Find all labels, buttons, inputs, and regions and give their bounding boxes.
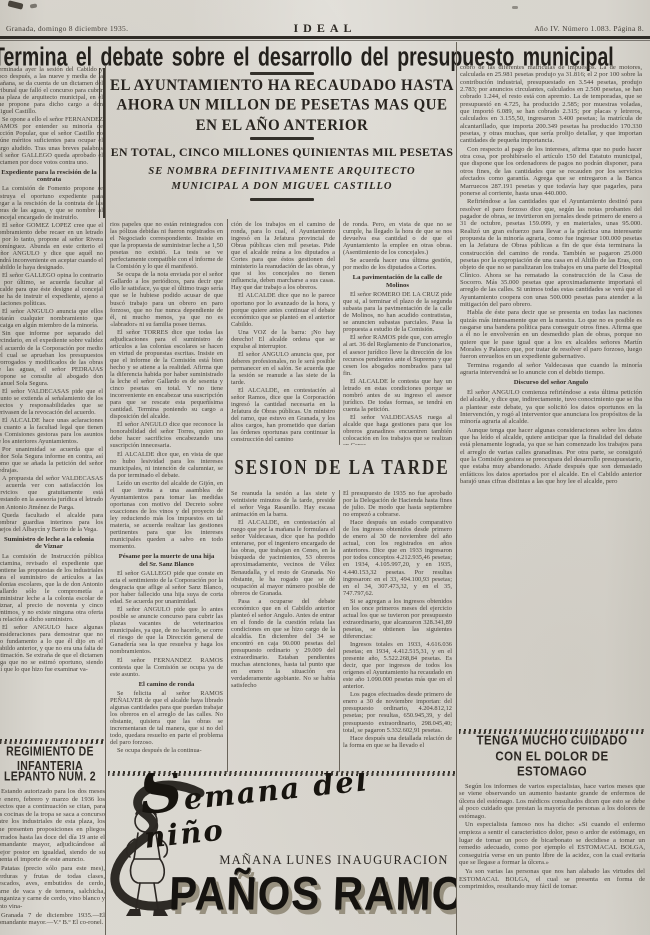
news-paragraph: Una VOZ de la barra: ¡No hay derecho! El… <box>231 329 335 350</box>
news-paragraph: El señor ANGULO hace algunas consideraci… <box>0 624 103 673</box>
column-3-upper-text: ción de los trabajos en el camino de ron… <box>231 221 335 447</box>
news-paragraph: Hace después una detallada relación de l… <box>343 735 452 749</box>
news-paragraph: cobro de las diferentes matrículas de im… <box>460 64 642 145</box>
session-heading: SESION DE LA TARDE <box>228 445 456 490</box>
column-5-text: cobro de las diferentes matrículas de im… <box>460 64 642 726</box>
news-paragraph: Se opone a ello el señor FERNANDEZ RAMOS… <box>0 116 103 165</box>
news-paragraph: El señor TORRES dice que todas las adjud… <box>110 329 223 421</box>
paper-speck <box>30 4 37 9</box>
news-paragraph: El presupuesto de 1935 no fue aprobado p… <box>343 490 452 518</box>
ad-estomacal-body: Según los informes de varios especialist… <box>459 783 645 891</box>
ad-estomacal: TENGA MUCHO CUIDADO CON EL DOLOR DE ESTO… <box>459 737 645 892</box>
column-rule <box>456 42 457 935</box>
news-paragraph: Hace después un estado comparativo de lo… <box>343 519 452 597</box>
news-paragraph: Queda facultado el alcalde para nombrar … <box>0 512 103 533</box>
news-paragraph: El señor GALLEGO opina lo contrario y, p… <box>0 272 103 307</box>
newspaper-page: Granada, domingo 8 diciembre 1935. IDEAL… <box>0 0 650 935</box>
news-paragraph: Refiriéndose a las cantidades que el Ayu… <box>460 198 642 308</box>
news-paragraph: La comisión de Instrucción pública dicta… <box>0 553 103 623</box>
ad-panos-ramos: Semana del niño MAÑANA LUNES INAUGURACIO… <box>108 773 456 935</box>
news-paragraph: El señor ANGULO pide que lo antes posibl… <box>110 606 223 655</box>
ad-paragraph: Según los informes de varios especialist… <box>459 783 645 821</box>
news-paragraph: Pasa a ocuparse del debate económico que… <box>231 598 335 690</box>
headline-box: EL AYUNTAMIENTO HA RECAUDADO HASTA AHORA… <box>103 68 458 218</box>
news-paragraph: Suministro de leche a la colonia de Vizn… <box>1 536 97 551</box>
news-paragraph: El ALCALDE, en contestación al señor Ram… <box>231 387 335 443</box>
news-paragraph: rios papeles que no están reintegrados c… <box>110 221 223 270</box>
news-paragraph: Se ocupa después de la continua- <box>110 747 223 754</box>
news-paragraph: de ronda. Pero, en vista de que no se cu… <box>343 221 452 256</box>
news-paragraph: Discurso del señor Angulo <box>466 379 636 386</box>
column-4-upper-text: de ronda. Pero, en vista de que no se cu… <box>343 221 452 447</box>
news-paragraph: Se ocupa de la nota enviada por el señor… <box>110 271 223 327</box>
news-paragraph: El señor RAMOS pide que, con arreglo al … <box>343 334 452 376</box>
headline-divider <box>250 72 314 75</box>
subheadline-3: SE NOMBRA DEFINITIVAMENTE ARQUITECTO MUN… <box>113 164 451 194</box>
wavy-rule <box>0 739 104 744</box>
column-3-lower-text: Se reanuda la sesión a las siete y veint… <box>231 490 335 770</box>
news-paragraph: Por unanimidad se acuerda que el señor S… <box>0 446 103 474</box>
ad-panos-subtitle: MAÑANA LUNES INAUGURACION <box>212 853 456 868</box>
headline-divider <box>250 198 314 201</box>
paper-speck <box>7 0 23 9</box>
subheadline-2: EN TOTAL, CINCO MILLONES QUINIENTAS MIL … <box>108 145 456 160</box>
news-paragraph: El ALCALDE hace unas aclaraciones en cua… <box>0 417 103 445</box>
ad-regimiento-title-line2: LEPANTO NUM. 2 <box>0 770 105 785</box>
news-paragraph: El camino de ronda <box>116 681 217 688</box>
news-paragraph: El ALCALDE le contesta que hay un letrad… <box>343 378 452 413</box>
news-paragraph: El ALCALDE, en contestación al ruego que… <box>231 519 335 597</box>
ad-panos-script-title: Semana del niño <box>138 773 456 855</box>
news-paragraph: Habla de éste para decir que se presenta… <box>460 309 642 360</box>
masthead-rule-thin <box>0 40 650 41</box>
news-paragraph: Ingresos totales en 1933, 4.616.036 pese… <box>343 641 452 690</box>
news-paragraph: El ALCALDE dice que, en vista de que no … <box>110 451 223 479</box>
news-paragraph: El señor ANGULO anuncia que ellos votará… <box>0 308 103 329</box>
ad-paragraph: Patatas (precio sólo para este mes), ver… <box>0 865 105 911</box>
column-2-text: rios papeles que no están reintegrados c… <box>110 221 223 769</box>
news-paragraph: El señor GALLEGO pide que conste en acta… <box>110 570 223 605</box>
column-rule <box>227 219 228 772</box>
news-paragraph: Expediente para la rescisión de la contr… <box>1 169 97 184</box>
news-paragraph: ción de los trabajos en el camino de ron… <box>231 221 335 291</box>
news-paragraph: Termina rogando al señor Valdecasas que … <box>460 362 642 377</box>
news-paragraph: El señor ANGULO comienza refiriéndose a … <box>460 389 642 426</box>
news-paragraph: Se felicita al señor RAMOS PEÑALVER de q… <box>110 690 223 746</box>
ad-paragraph: Estando autorizado para los dos meses de… <box>0 788 105 864</box>
paper-speck <box>512 6 518 9</box>
news-paragraph: El señor VALDECASAS pide que el asunto s… <box>0 388 103 416</box>
column-4-lower-text: El presupuesto de 1935 no fue aprobado p… <box>343 490 452 770</box>
news-paragraph: Los pagos efectuados desde primero de en… <box>343 691 452 733</box>
news-paragraph: El ALCALDE dice que no le parece oportun… <box>231 292 335 327</box>
masthead-bar: Granada, domingo 8 diciembre 1935. IDEAL… <box>6 21 644 35</box>
column-rule <box>105 66 106 935</box>
news-paragraph: El señor GOMEZ LOPEZ cree que el nombram… <box>0 222 103 271</box>
news-paragraph: El señor ANGULO anuncia que, por deberes… <box>231 351 335 386</box>
news-paragraph: Terminada ayer la sesión del Cabildo y p… <box>0 66 103 115</box>
ad-paragraph: Ya son varias las personas que nos han a… <box>459 868 645 891</box>
news-paragraph: El señor ROMERO DE LA CRUZ pide que si, … <box>343 291 452 333</box>
news-paragraph: La pavimentación de la calle de Molinos <box>349 274 446 289</box>
news-paragraph: Sin que informe por separado del vecinda… <box>0 330 103 386</box>
news-paragraph: El señor FERNANDEZ RAMOS contesta que la… <box>110 657 223 678</box>
news-paragraph: Se acuerda hacer una última gestión, por… <box>343 257 452 271</box>
ad-paragraph: Granada 7 de diciembre 1935.—El comandan… <box>0 912 105 927</box>
news-paragraph: Aunque tenga que hacer algunas considera… <box>460 427 642 486</box>
ad-paragraph: Un especialista famoso nos ha dicho: «Si… <box>459 821 645 867</box>
news-paragraph: Pésame por la muerte de una hija del Sr.… <box>116 553 217 568</box>
news-paragraph: Con respecto al pago de los intereses, a… <box>460 146 642 197</box>
news-paragraph: El señor VALDECASAS ruega al alcalde que… <box>343 414 452 447</box>
news-paragraph: Si se agregan a los ingresos obtenidos e… <box>343 598 452 640</box>
subheadline-1: EL AYUNTAMIENTO HA RECAUDADO HASTA AHORA… <box>110 76 454 135</box>
news-paragraph: Se reanuda la sesión a las siete y veint… <box>231 490 335 518</box>
ad-regimiento-body: Estando autorizado para los dos meses de… <box>0 788 105 927</box>
headline-divider <box>250 137 314 140</box>
column-1-text: Terminada ayer la sesión del Cabildo y p… <box>0 66 103 734</box>
news-paragraph: Leído un escrito del alcalde de Gijón, e… <box>110 480 223 550</box>
column-rule <box>339 219 340 772</box>
masthead-rule <box>0 36 650 39</box>
news-paragraph: A propuesta del señor VALDECASAS se acue… <box>0 475 103 510</box>
issue-info: Año IV. Número 1.083. Página 8. <box>534 24 644 33</box>
ad-panos-brand: PAÑOS RAMOS <box>168 867 456 921</box>
news-paragraph: La comisión de Fomento propone se instru… <box>0 185 103 220</box>
ad-regimiento-infanteria: REGIMIENTO DE INFANTERIA LEPANTO NUM. 2 … <box>0 747 105 928</box>
ad-estomacal-title: TENGA MUCHO CUIDADO CON EL DOLOR DE ESTO… <box>465 734 639 781</box>
news-paragraph: El señor ANGULO dice que reconoce la hon… <box>110 421 223 449</box>
